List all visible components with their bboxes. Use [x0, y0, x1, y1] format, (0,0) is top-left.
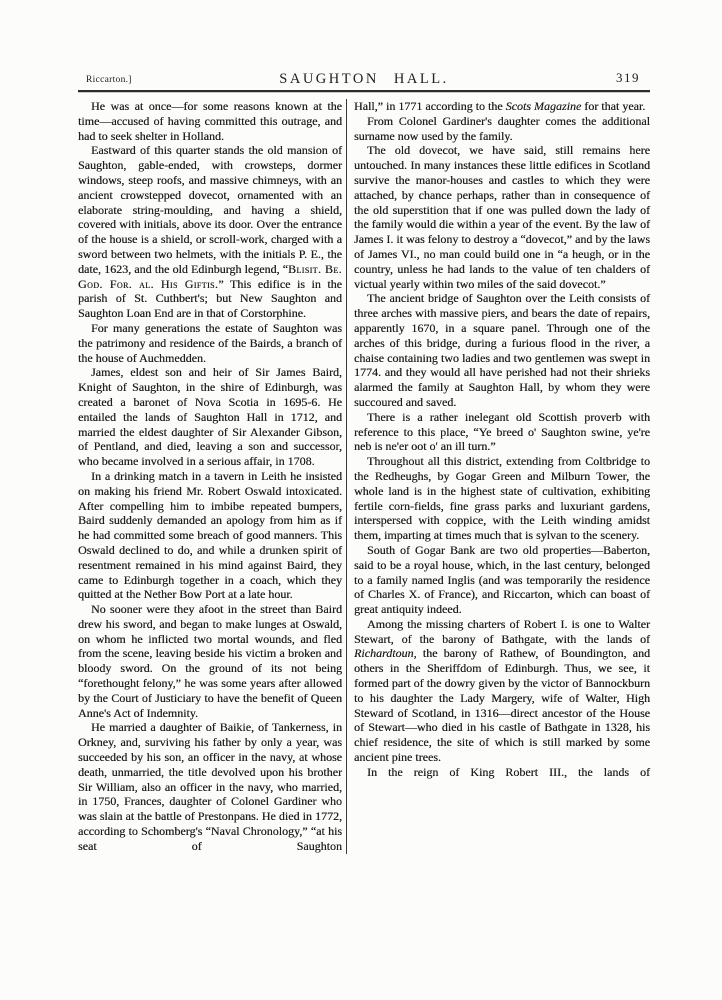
- italic-text-run: Richardtoun: [354, 646, 414, 660]
- text-run: He was at once—for some reasons known at…: [78, 99, 342, 143]
- paragraph: Eastward of this quarter stands the old …: [78, 143, 342, 321]
- paragraph: For many generations the estate of Saugh…: [78, 321, 342, 365]
- paragraph: In a drinking match in a tavern in Leith…: [78, 469, 342, 602]
- paragraph: Hall,” in 1771 according to the Scots Ma…: [354, 99, 650, 114]
- paragraph: He was at once—for some reasons known at…: [78, 99, 342, 143]
- text-run: Among the missing charters of Robert I. …: [354, 617, 650, 646]
- text-run: Eastward of this quarter stands the old …: [78, 143, 342, 275]
- page-number: 319: [616, 70, 640, 86]
- text-run: Throughout all this district, extending …: [354, 454, 650, 542]
- page-header: Riccarton.] SAUGHTON HALL. 319: [78, 66, 650, 88]
- paragraph: There is a rather inelegant old Scottish…: [354, 410, 650, 454]
- left-column: He was at once—for some reasons known at…: [78, 99, 342, 854]
- paragraph: He married a daughter of Baikie, of Tank…: [78, 720, 342, 853]
- text-run: Hall,” in 1771 according to the: [354, 99, 506, 113]
- book-page: Riccarton.] SAUGHTON HALL. 319 He was at…: [0, 0, 722, 1000]
- text-columns: He was at once—for some reasons known at…: [78, 99, 650, 854]
- paragraph: South of Gogar Bank are two old properti…: [354, 543, 650, 617]
- text-run: The old dovecot, we have said, still rem…: [354, 143, 650, 290]
- text-run: There is a rather inelegant old Scottish…: [354, 410, 650, 454]
- paragraph: From Colonel Gardiner's daughter comes t…: [354, 114, 650, 144]
- header-rule: [78, 90, 650, 92]
- paragraph: Among the missing charters of Robert I. …: [354, 617, 650, 765]
- italic-text-run: Scots Magazine: [506, 99, 582, 113]
- text-run: South of Gogar Bank are two old properti…: [354, 543, 650, 616]
- text-run: In a drinking match in a tavern in Leith…: [78, 469, 342, 601]
- text-run: He married a daughter of Baikie, of Tank…: [78, 720, 342, 852]
- text-run: The ancient bridge of Saughton over the …: [354, 291, 650, 409]
- text-run: , the barony of Rathew, of Boundington, …: [354, 646, 650, 764]
- text-run: No sooner were they afoot in the street …: [78, 602, 342, 720]
- paragraph: Throughout all this district, extending …: [354, 454, 650, 543]
- text-run: From Colonel Gardiner's daughter comes t…: [354, 114, 650, 143]
- paragraph: The ancient bridge of Saughton over the …: [354, 291, 650, 409]
- right-column: Hall,” in 1771 according to the Scots Ma…: [354, 99, 650, 854]
- column-divider: [346, 99, 347, 854]
- text-run: James, eldest son and heir of Sir James …: [78, 365, 342, 468]
- paragraph: James, eldest son and heir of Sir James …: [78, 365, 342, 469]
- paragraph: The old dovecot, we have said, still rem…: [354, 143, 650, 291]
- page-title: SAUGHTON HALL.: [78, 71, 650, 88]
- text-run: In the reign of King Robert III., the la…: [367, 765, 650, 779]
- paragraph: In the reign of King Robert III., the la…: [354, 765, 650, 780]
- text-run: for that year.: [581, 99, 645, 113]
- text-run: For many generations the estate of Saugh…: [78, 321, 342, 365]
- paragraph: No sooner were they afoot in the street …: [78, 602, 342, 720]
